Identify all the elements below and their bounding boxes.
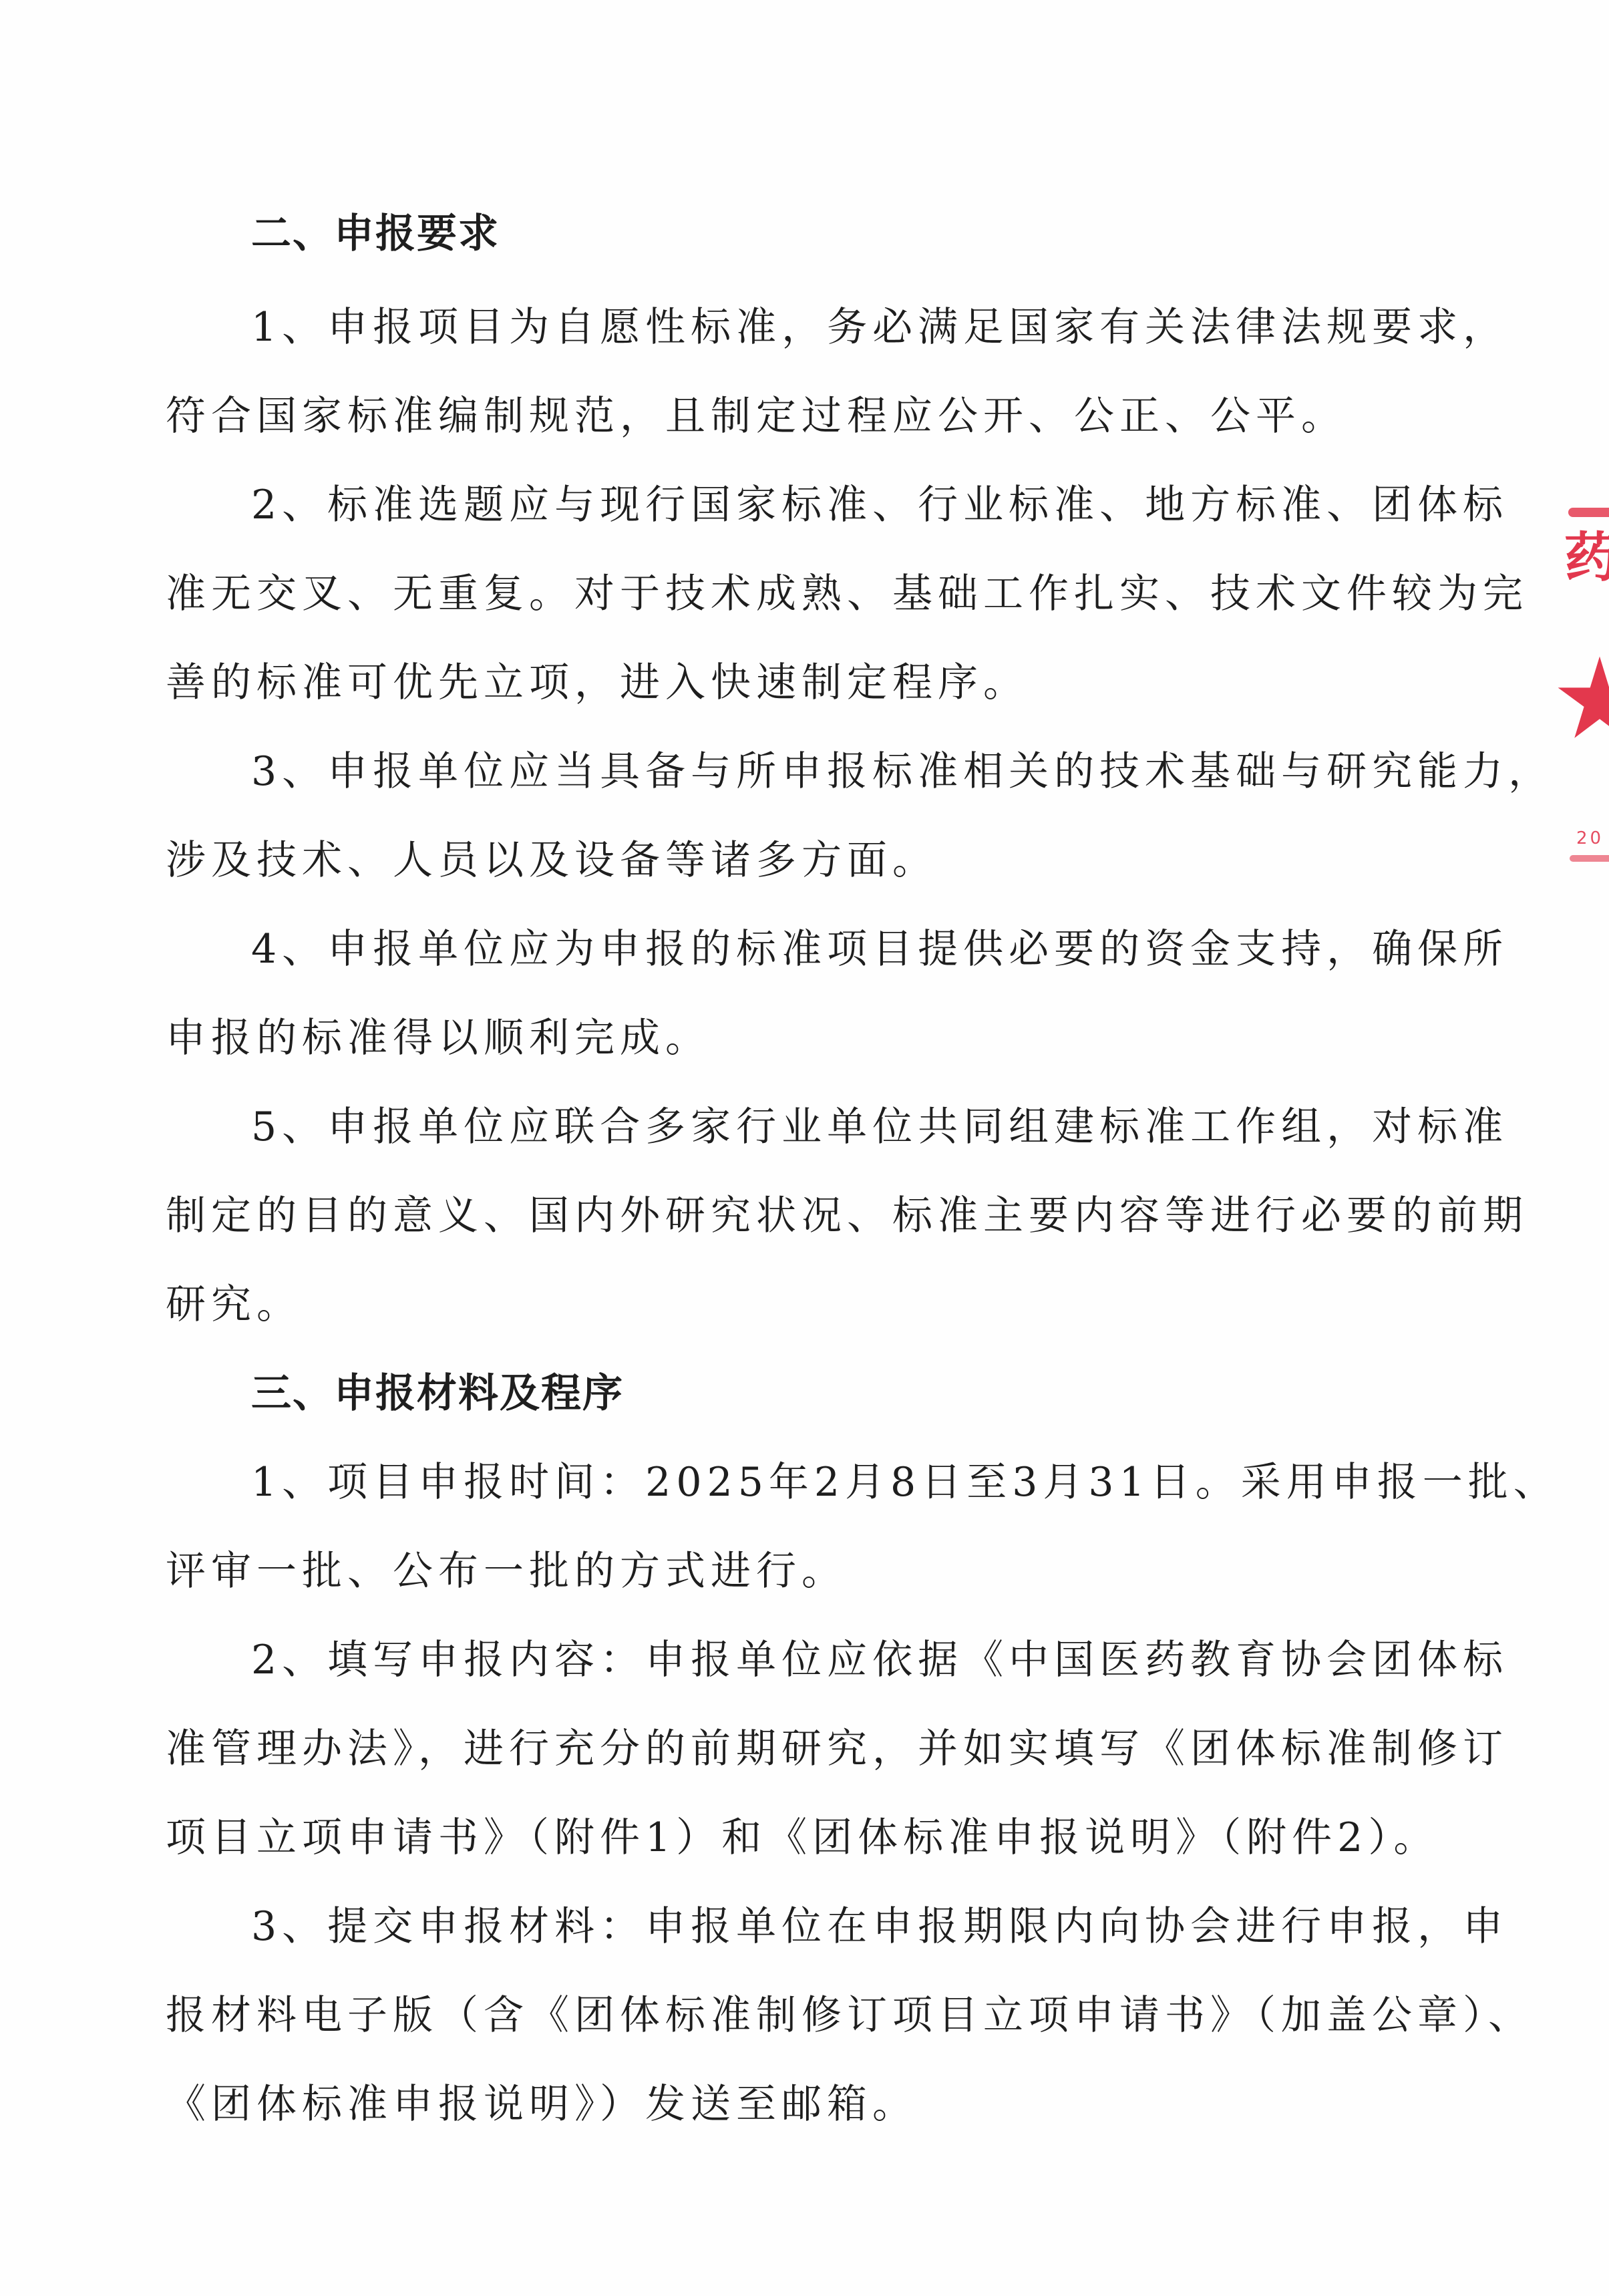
paragraph-line: 《团体标准申报说明》）发送至邮箱。	[166, 2078, 918, 2131]
paragraph-line: 2、标准选题应与现行国家标准、行业标准、地方标准、团体标	[251, 478, 1508, 532]
official-seal-stamp: 药 20	[1556, 494, 1609, 868]
paragraph-line: 符合国家标准编制规范，且制定过程应公开、公正、公平。	[166, 389, 1347, 443]
paragraph-line: 申报的标准得以顺利完成。	[166, 1011, 711, 1065]
paragraph-line: 1、项目申报时间：2025年2月8日至3月31日。采用申报一批、	[251, 1456, 1559, 1509]
seal-number: 20	[1576, 828, 1604, 848]
paragraph-line: 2、填写申报内容：申报单位应依据《中国医药教育协会团体标	[251, 1633, 1508, 1687]
paragraph-line: 报材料电子版（含《团体标准制修订项目立项申请书》（加盖公章）、	[166, 1989, 1534, 2042]
paragraph-line: 研究。	[166, 1278, 302, 1331]
paragraph-line: 4、申报单位应为申报的标准项目提供必要的资金支持，确保所	[251, 923, 1508, 976]
paragraph-line: 评审一批、公布一批的方式进行。	[166, 1544, 847, 1598]
seal-star-icon	[1556, 655, 1609, 742]
paragraph-line: 3、提交申报材料：申报单位在申报期限内向协会进行申报，申	[251, 1900, 1508, 1953]
paragraph-line: 制定的目的意义、国内外研究状况、标准主要内容等进行必要的前期	[166, 1189, 1528, 1243]
section-heading-requirements: 二、申报要求	[251, 207, 500, 261]
document-page: 二、申报要求 1、申报项目为自愿性标准，务必满足国家有关法律法规要求， 符合国家…	[0, 0, 1609, 2296]
paragraph-line: 3、申报单位应当具备与所申报标准相关的技术基础与研究能力，	[251, 745, 1554, 798]
paragraph-line: 准无交叉、无重复。对于技术成熟、基础工作扎实、技术文件较为完	[166, 567, 1528, 621]
paragraph-line: 5、申报单位应联合多家行业单位共同组建标准工作组，对标准	[251, 1100, 1508, 1154]
seal-ring-bottom	[1570, 855, 1609, 862]
section-heading-materials-procedure: 三、申报材料及程序	[251, 1367, 624, 1420]
seal-character: 药	[1564, 528, 1609, 588]
paragraph-line: 项目立项申请书》（附件1）和《团体标准申报说明》（附件2）。	[166, 1811, 1439, 1864]
paragraph-line: 善的标准可优先立项，进入快速制定程序。	[166, 656, 1029, 709]
paragraph-line: 1、申报项目为自愿性标准，务必满足国家有关法律法规要求，	[251, 301, 1508, 354]
seal-ring-top	[1568, 508, 1609, 517]
paragraph-line: 准管理办法》，进行充分的前期研究，并如实填写《团体标准制修订	[166, 1722, 1508, 1776]
paragraph-line: 涉及技术、人员以及设备等诸多方面。	[166, 834, 938, 887]
